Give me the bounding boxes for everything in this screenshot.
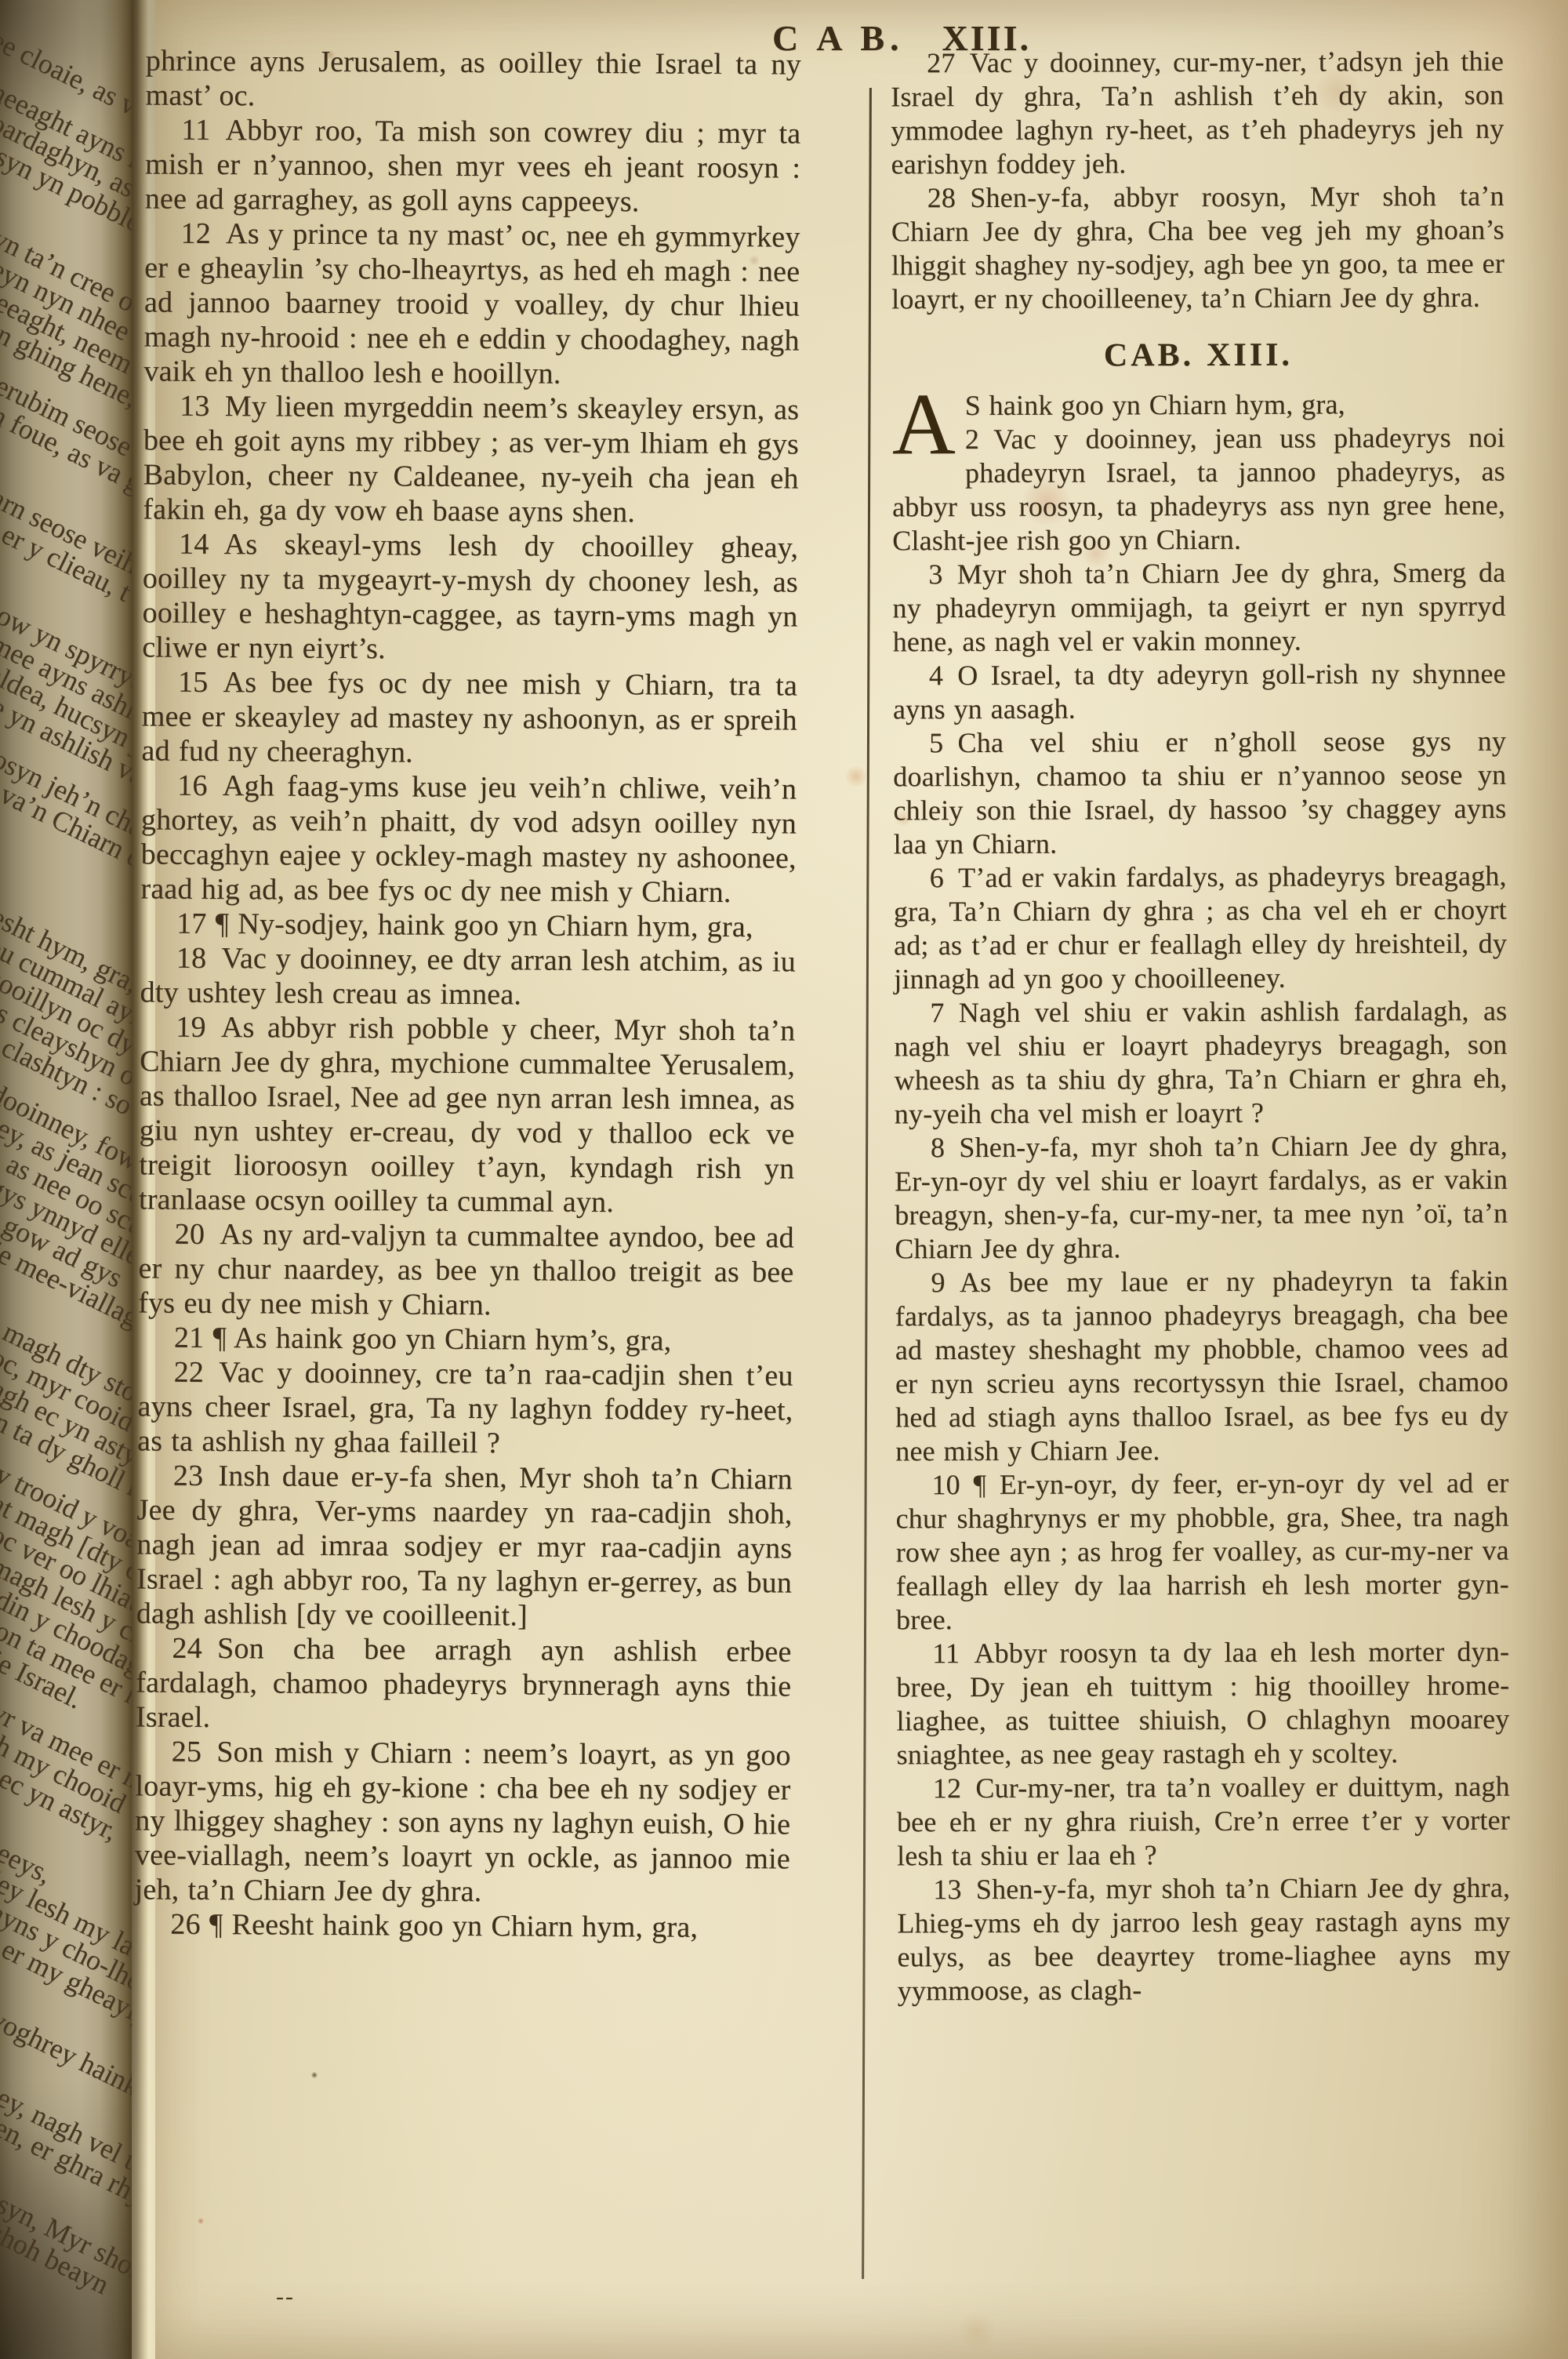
- verse-paragraph: 21 ¶ As haink goo yn Chiarn hym’s, gra,: [138, 1320, 793, 1358]
- verse-paragraph: 8 Shen-y-fa, myr shoh ta’n Chiarn Jee dy…: [895, 1129, 1508, 1267]
- chapter-opening-line: S haink goo yn Chiarn hym, gra,: [892, 387, 1505, 423]
- verse-paragraph: 18 Vac y dooinney, ee dty arran lesh atc…: [140, 940, 796, 1013]
- left-text-column: phrince ayns Jerusalem, as ooilley thie …: [134, 43, 801, 1945]
- verse-paragraph: 12 As y prince ta ny mast’ oc, nee eh gy…: [143, 216, 800, 392]
- verse-paragraph: 12 Cur-my-ner, tra ta’n voalley er duitt…: [897, 1770, 1510, 1874]
- end-mark: --: [276, 2284, 295, 2310]
- verse-paragraph: 25 Son mish y Chiarn : neem’s loayrt, as…: [134, 1734, 790, 1910]
- verses-before-heading: 27 Vac y dooinney, cur-my-ner, t’adsyn j…: [891, 45, 1504, 317]
- verse-paragraph: 9 As bee my laue er ny phadeyryn ta faki…: [895, 1264, 1508, 1469]
- verse-paragraph: 19 As abbyr rish pobble y cheer, Myr sho…: [139, 1009, 796, 1220]
- verse-paragraph: 20 As ny ard-valjyn ta cummaltee ayndoo,…: [138, 1216, 794, 1324]
- verse-paragraph: 11 Abbyr roosyn ta dy laa eh lesh morter…: [896, 1635, 1510, 1772]
- verse-paragraph: 28 Shen-y-fa, abbyr roosyn, Myr shoh ta’…: [891, 180, 1505, 317]
- verse-paragraph: phrince ayns Jerusalem, as ooilley thie …: [145, 43, 801, 116]
- chapter-opening-block: A S haink goo yn Chiarn hym, gra, 2 Vac …: [892, 387, 1506, 558]
- verse-paragraph: 16 Agh faag-yms kuse jeu veih’n chliwe, …: [140, 768, 797, 910]
- verse-paragraph: 6 T’ad er vakin fardalys, as phadeyrys b…: [894, 860, 1508, 997]
- verse-paragraph: 10 ¶ Er-yn-oyr, dy feer, er-yn-oyr dy ve…: [895, 1467, 1509, 1637]
- verse-paragraph: 24 Son cha bee arragh ayn ashlish erbee …: [136, 1630, 792, 1738]
- margin-fragment-list: cree cloaie, as ve nmeeaght ayns my y oa…: [0, 13, 132, 2237]
- verse-paragraph: 13 My lieen myrgeddin neem’s skeayley er…: [143, 388, 799, 530]
- verse-paragraph: 14 As skeayl-yms lesh dy chooilley gheay…: [142, 526, 798, 668]
- verse-paragraph: 13 Shen-y-fa, myr shoh ta’n Chiarn Jee d…: [897, 1871, 1511, 2008]
- verse-paragraph: 15 As bee fys oc dy nee mish y Chiarn, t…: [141, 664, 797, 772]
- verse-paragraph: 26 ¶ Reesht haink goo yn Chiarn hym, gra…: [134, 1906, 789, 1945]
- chapter-heading: CAB. XIII.: [891, 338, 1504, 374]
- right-text-column: 27 Vac y dooinney, cur-my-ner, t’adsyn j…: [891, 45, 1511, 2008]
- verse-paragraph: 7 Nagh vel shiu er vakin ashlish fardala…: [894, 994, 1508, 1132]
- verse-paragraph: 27 Vac y dooinney, cur-my-ner, t’adsyn j…: [891, 45, 1504, 182]
- verses-after-heading: 3 Myr shoh ta’n Chiarn Jee dy ghra, Smer…: [892, 556, 1510, 2008]
- previous-page-edge: cree cloaie, as ve nmeeaght ayns my y oa…: [0, 0, 132, 2359]
- verse-paragraph: 11 Abbyr roo, Ta mish son cowrey diu ; m…: [145, 112, 801, 220]
- drop-cap-initial: A: [892, 389, 965, 458]
- verse-paragraph: 23 Insh daue er-y-fa shen, Myr shoh ta’n…: [136, 1458, 793, 1634]
- verse-paragraph: 22 Vac y dooinney, cre ta’n raa-cadjin s…: [137, 1354, 793, 1462]
- verse-paragraph: 5 Cha vel shiu er n’gholl seose gys ny d…: [893, 725, 1507, 862]
- verse-paragraph: 2 Vac y dooinney, jean uss phadeyrys noi…: [892, 421, 1506, 558]
- verse-paragraph: 4 O Israel, ta dty adeyryn goll-rish ny …: [893, 657, 1506, 727]
- verse-paragraph: 17 ¶ Ny-sodjey, haink goo yn Chiarn hym,…: [140, 906, 796, 944]
- scanned-book-page: cree cloaie, as ve nmeeaght ayns my y oa…: [0, 0, 1568, 2359]
- verse-paragraph: 3 Myr shoh ta’n Chiarn Jee dy ghra, Smer…: [892, 556, 1505, 660]
